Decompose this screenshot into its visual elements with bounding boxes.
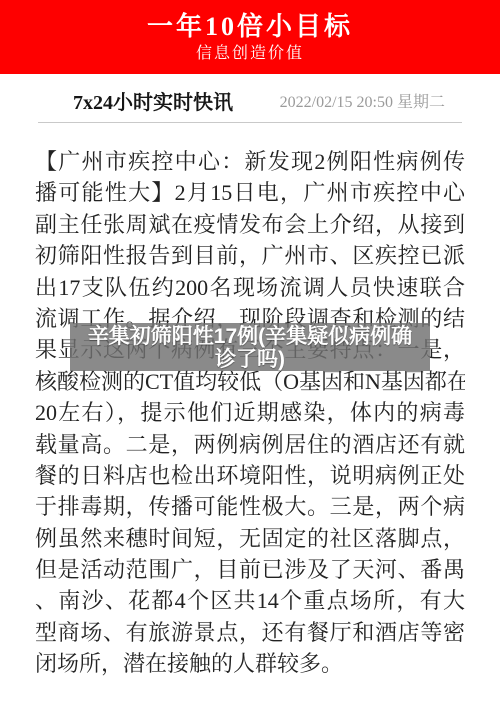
site-title: 一年10倍小目标 bbox=[0, 12, 500, 42]
headline-line-2: 诊了吗) bbox=[70, 348, 430, 371]
site-subtitle: 信息创造价值 bbox=[0, 44, 500, 64]
headline-overlay: 辛集初筛阳性17例(辛集疑似病例确 诊了吗) bbox=[70, 323, 430, 371]
article-line: 载量高。二是，两例病例居住的酒店还有就 bbox=[35, 429, 465, 460]
ticker-datetime: 2022/02/15 20:50 星期二 bbox=[280, 89, 445, 112]
article-line: 、南沙、花都4个区共14个重点场所，有大 bbox=[35, 585, 465, 616]
article-line: 20左右），提示他们近期感染，体内的病毒 bbox=[35, 397, 465, 428]
header-divider bbox=[38, 122, 462, 123]
article-line: 例虽然来穗时间短，无固定的社区落脚点， bbox=[35, 523, 465, 554]
article-body: 【广州市疾控中心：新发现2例阳性病例传 播可能性大】2月15日电，广州市疾控中心… bbox=[35, 146, 465, 680]
ticker-bar: 7x24小时实时快讯 2022/02/15 20:50 星期二 bbox=[0, 78, 500, 122]
article-line: 副主任张周斌在疫情发布会上介绍，从接到 bbox=[35, 209, 465, 240]
article-line: 于排毒期，传播可能性极大。三是，两个病 bbox=[35, 491, 465, 522]
headline-line-1: 辛集初筛阳性17例(辛集疑似病例确 bbox=[70, 325, 430, 348]
site-banner: 一年10倍小目标 信息创造价值 bbox=[0, 0, 500, 74]
article-line: 闭场所，潜在接触的人群较多。 bbox=[35, 648, 465, 679]
article-line: 【广州市疾控中心：新发现2例阳性病例传 bbox=[35, 146, 465, 177]
article-line: 餐的日料店也检出环境阳性，说明病例正处 bbox=[35, 460, 465, 491]
article-line: 播可能性大】2月15日电，广州市疾控中心 bbox=[35, 177, 465, 208]
article-line: 出17支队伍约200名现场流调人员快速联合 bbox=[35, 272, 465, 303]
article-line: 初筛阳性报告到目前，广州市、区疾控已派 bbox=[35, 240, 465, 271]
ticker-label: 7x24小时实时快讯 bbox=[73, 86, 233, 115]
article-line: 但是活动范围广，目前已涉及了天河、番禺 bbox=[35, 554, 465, 585]
article-line: 型商场、有旅游景点，还有餐厅和酒店等密 bbox=[35, 617, 465, 648]
